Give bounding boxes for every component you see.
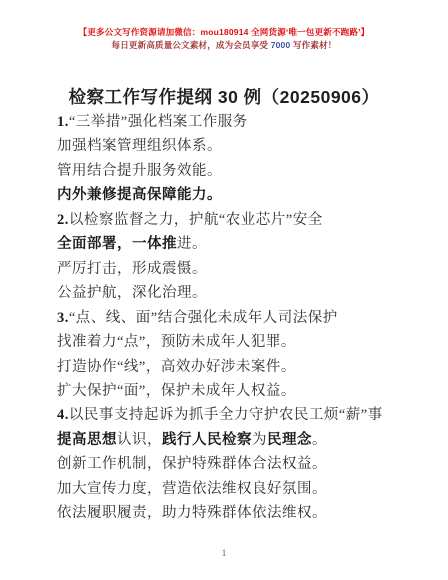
document-line-bold-text: 1. [57,114,69,130]
document-line-text: 依法履职履责，助力特殊群体依法维权。 [57,505,327,521]
document-line: 全面部署，一体推进。 [57,232,412,256]
document-line: 提高思想认识，践行人民检察为民理念。 [57,428,412,452]
document-line-bold-text: 内外兼修提高保障能力。 [57,187,222,203]
document-line-text: 为 [252,432,267,448]
document-line-bold-text: 全面部署，一体推 [57,236,177,252]
document-line-text: 创新工作机制，保护特殊群体合法权益。 [57,456,327,472]
document-body: 1.“三举措”强化档案工作服务加强档案管理组织体系。管用结合提升服务效能。内外兼… [57,110,412,526]
document-line-bold-text: 民理念 [267,432,312,448]
document-line-text: 进。 [177,236,207,252]
watermark-line-2: 每日更新高质量公文素材，成为会员享受 7000 写作素材！ [0,39,448,52]
document-line: 1.“三举措”强化档案工作服务 [57,110,412,134]
document-line: 依法履职履责，助力特殊群体依法维权。 [57,501,412,525]
document-line-text: 。 [312,432,327,448]
document-line: 找准着力“点”，预防未成年人犯罪。 [57,330,412,354]
document-line-text: 加大宣传力度，营造依法维权良好氛围。 [57,481,327,497]
document-line: 3.“点、线、面”结合强化未成年人司法保护 [57,306,412,330]
document-line-text: 以检察监督之力，护航“农业芯片”安全 [69,212,323,228]
document-line-bold-text: 提高思想 [57,432,117,448]
document-line: 严厉打击，形成震慑。 [57,257,412,281]
document-line-text: 找准着力“点”，预防未成年人犯罪。 [57,334,296,350]
document-line: 创新工作机制，保护特殊群体合法权益。 [57,452,412,476]
document-line: 2.以检察监督之力，护航“农业芯片”安全 [57,208,412,232]
document-line-text: 以民事支持起诉为抓手全力守护农民工烦“薪”事 [69,407,383,423]
document-page: 【更多公文写作资源请加微信：mou180914 全网货源‘唯一包更新不跑路’】 … [0,0,448,580]
document-line: 内外兼修提高保障能力。 [57,183,412,207]
document-line: 公益护航，深化治理。 [57,281,412,305]
watermark-segment: 每日更新高质量公文素材，成为会员享受 [112,40,271,50]
document-line-text: 认识， [117,432,162,448]
document-line: 打造协作“线”，高效办好涉未案件。 [57,355,412,379]
document-line-text: 打造协作“线”，高效办好涉未案件。 [57,359,296,375]
document-line-text: 扩大保护“面”，保护未成年人权益。 [57,383,296,399]
document-line-text: 公益护航，深化治理。 [57,285,207,301]
document-line: 加大宣传力度，营造依法维权良好氛围。 [57,477,412,501]
document-line-bold-text: 践行人民检察 [162,432,252,448]
document-line-text: “点、线、面”结合强化未成年人司法保护 [69,310,338,326]
document-line: 4.以民事支持起诉为抓手全力守护农民工烦“薪”事 [57,403,412,427]
document-line: 加强档案管理组织体系。 [57,134,412,158]
document-line-text: 加强档案管理组织体系。 [57,138,222,154]
document-line-bold-text: 3. [57,310,69,326]
document-line: 扩大保护“面”，保护未成年人权益。 [57,379,412,403]
document-line-text: “三举措”强化档案工作服务 [69,114,248,130]
document-line-text: 管用结合提升服务效能。 [57,163,222,179]
document-line-bold-text: 4. [57,407,69,423]
page-number: 1 [0,548,448,558]
document-line: 管用结合提升服务效能。 [57,159,412,183]
watermark-segment: 写作素材！ [290,40,336,50]
watermark-segment: 7000 [271,40,291,50]
document-line-bold-text: 2. [57,212,69,228]
watermark-line-1: 【更多公文写作资源请加微信：mou180914 全网货源‘唯一包更新不跑路’】 [0,26,448,39]
page-title: 检察工作写作提纲 30 例（20250906） [0,84,448,109]
document-line-text: 严厉打击，形成震慑。 [57,261,207,277]
